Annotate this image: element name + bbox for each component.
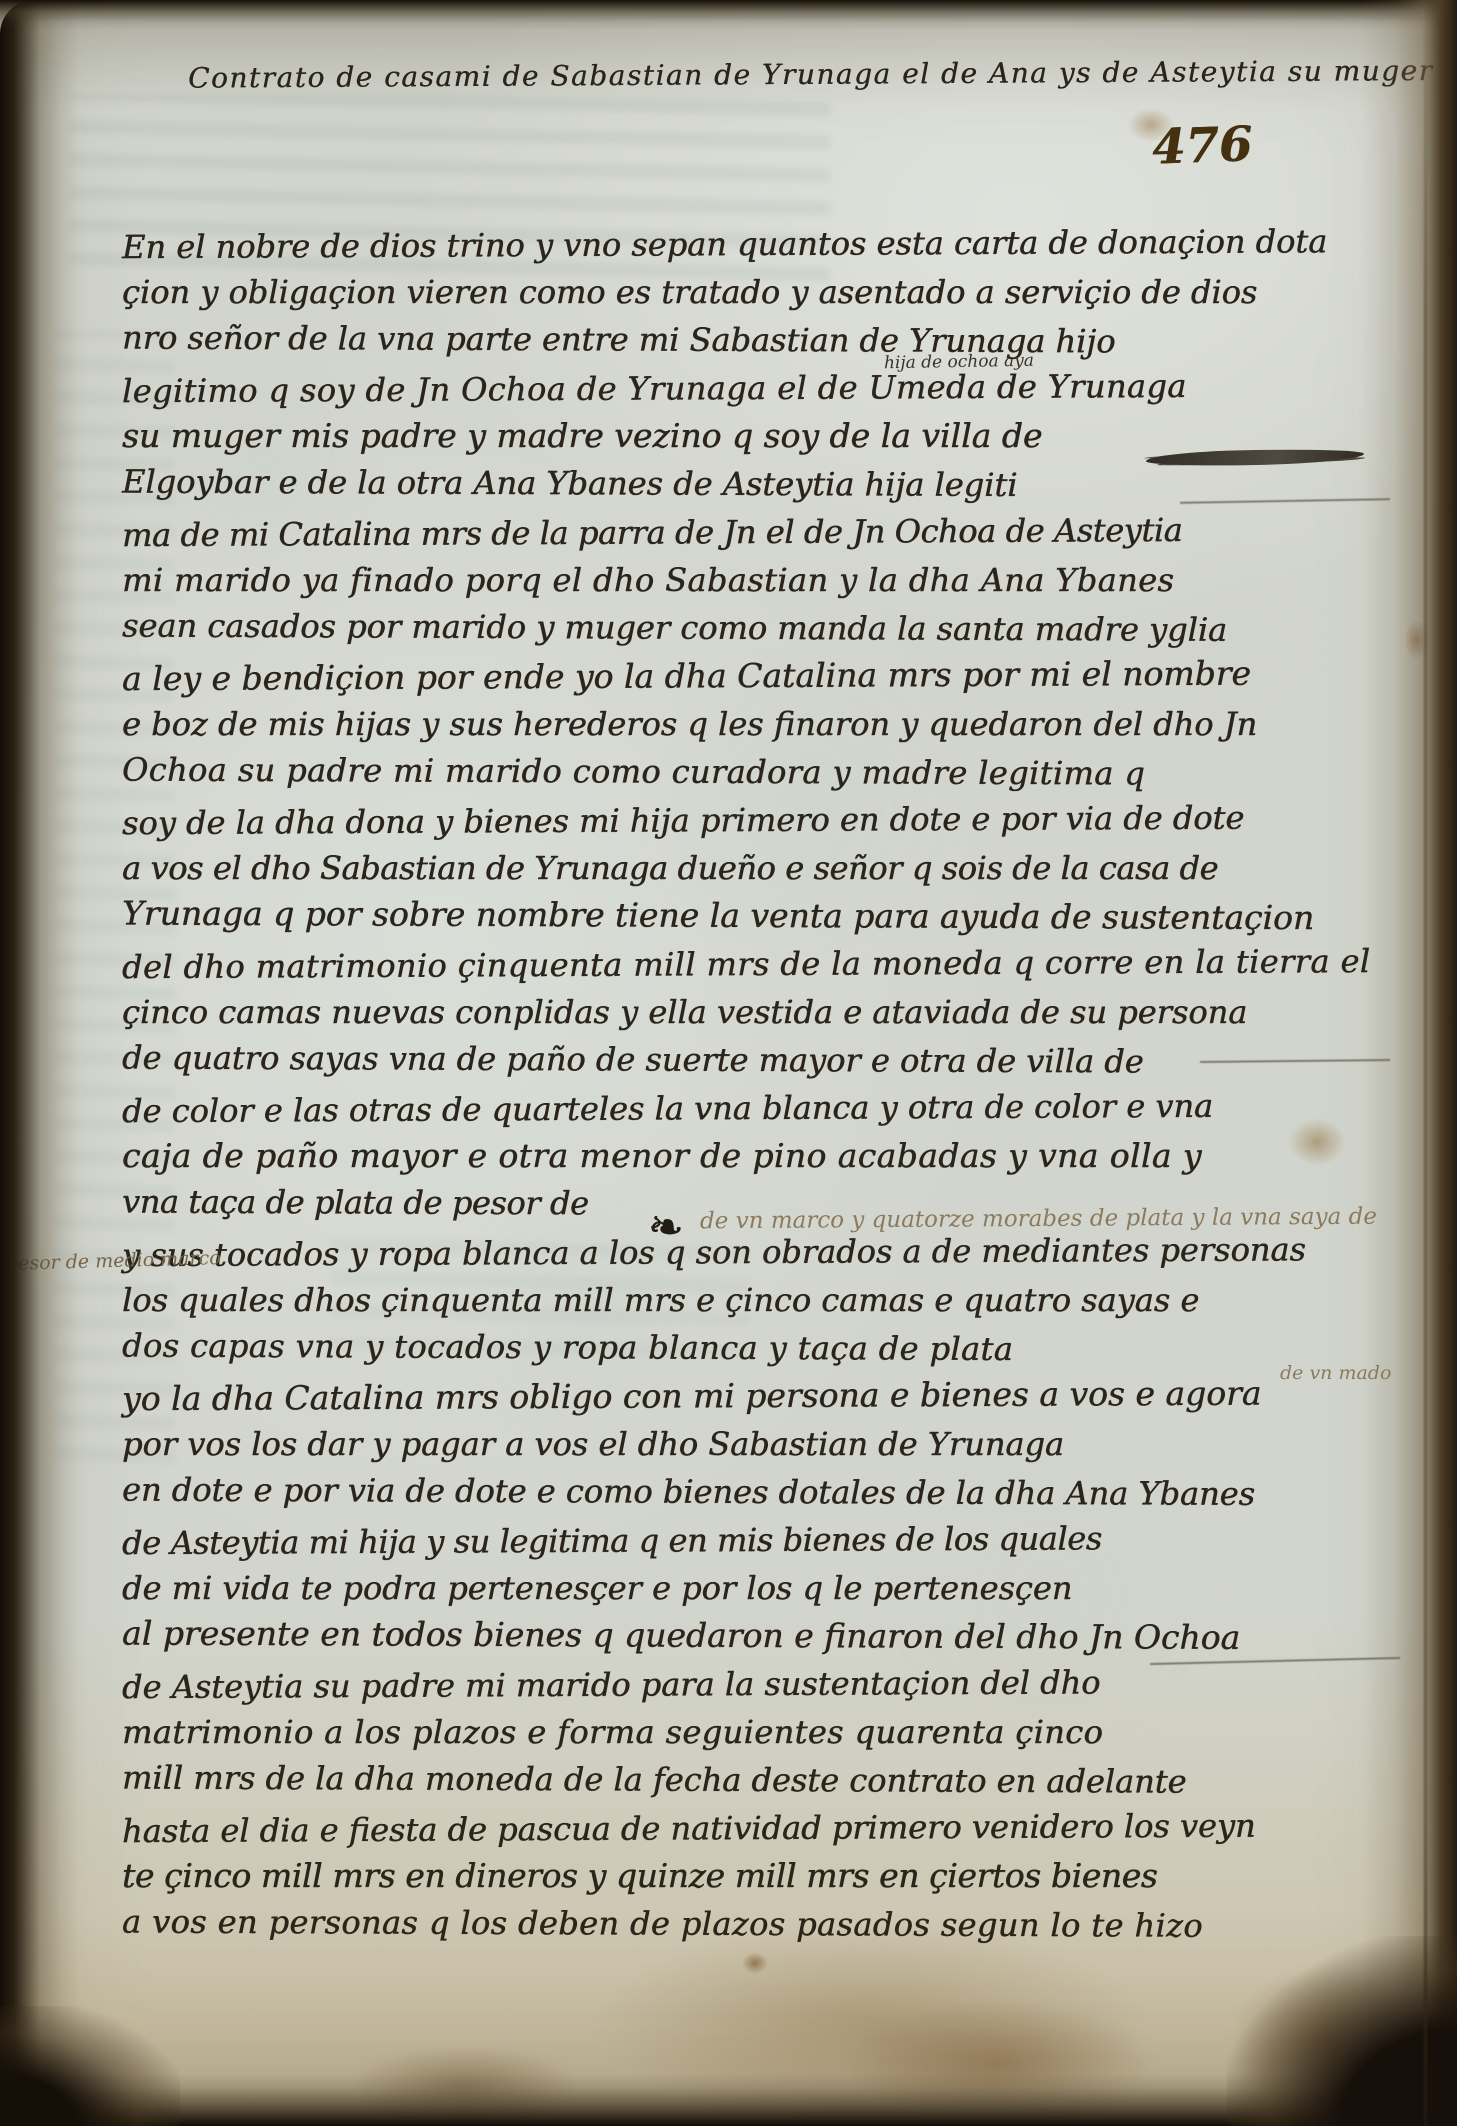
text-line: Yrunaga q por sobre nombre tiene la vent… [122,890,1412,943]
text-line: de Asteytia su padre mi marido para la s… [122,1657,1412,1711]
text-line: al presente en todos bienes q quedaron e… [122,1610,1412,1663]
text-line: a vos en personas q los deben de plazos … [122,1898,1412,1951]
text-line: soy de la dha dona y bienes mi hija prim… [122,793,1412,847]
text-line: hasta el dia e fiesta de pascua de nativ… [122,1801,1412,1855]
text-line: a ley e bendiçion por ende yo la dha Cat… [122,649,1412,703]
dark-corner-bottom-right [1227,1936,1457,2126]
text-line: en dote e por via de dote e como bienes … [122,1466,1412,1519]
text-line: e boz de mis hijas y sus herederos q les… [122,700,1412,748]
binding-edge-left [0,0,78,2126]
text-line: por vos los dar y pagar a vos el dho Sab… [122,1420,1412,1468]
text-line: de color e las otras de quarteles la vna… [122,1081,1412,1135]
text-line: mi marido ya finado porq el dho Sabastia… [122,556,1412,604]
page-edge-top [0,0,1457,30]
text-line: te çinco mill mrs en dineros y quinze mi… [122,1852,1412,1900]
interlinear-note: hija de ochoa aya [884,351,1034,374]
text-line: Ochoa su padre mi marido como curadora y… [122,746,1412,799]
text-line: sean casados por marido y muger como man… [122,602,1412,655]
text-line: de mi vida te podra pertenesçer e por lo… [122,1564,1412,1612]
text-line: del dho matrimonio çinquenta mill mrs de… [122,937,1412,991]
text-line: legitimo q soy de Jn Ochoa de Yrunaga el… [122,361,1412,415]
text-line: çinco camas nuevas conplidas y ella vest… [122,988,1412,1036]
text-line: los quales dhos çinquenta mill mrs e çin… [122,1276,1412,1324]
text-line: a vos el dho Sabastian de Yrunaga dueño … [122,844,1412,892]
page-number: 476 [1151,116,1253,175]
dark-corner-bottom-left [0,2006,180,2126]
manuscript-text-block: En el nobre de dios trino y vno sepan qu… [122,220,1412,1948]
page-curl-shadow [1424,0,1427,2126]
text-line: En el nobre de dios trino y vno sepan qu… [122,217,1412,271]
text-line: ma de mi Catalina mrs de la parra de Jn … [122,505,1412,559]
text-line: caja de paño mayor e otra menor de pino … [122,1132,1412,1180]
light-ink-insertion: de vn marco y quatorze morabes de plata … [700,1204,1377,1235]
manuscript-scan: Contrato de casami de Sabastian de Yruna… [0,0,1457,2126]
text-line: matrimonio a los plazos e forma seguient… [122,1708,1412,1756]
page-edge-right [1361,0,1457,2126]
text-line: yo la dha Catalina mrs obligo con mi per… [122,1369,1412,1423]
text-line: de Asteytia mi hija y su legitima q en m… [122,1513,1412,1567]
text-line: dos capas vna y tocados y ropa blanca y … [122,1322,1412,1375]
text-line: nro señor de la vna parte entre mi Sabas… [122,314,1412,367]
text-line: çion y obligaçion vieren como es tratado… [122,268,1412,316]
text-line: mill mrs de la dha moneda de la fecha de… [122,1754,1412,1807]
ink-flourish: ❧ [645,1200,687,1253]
